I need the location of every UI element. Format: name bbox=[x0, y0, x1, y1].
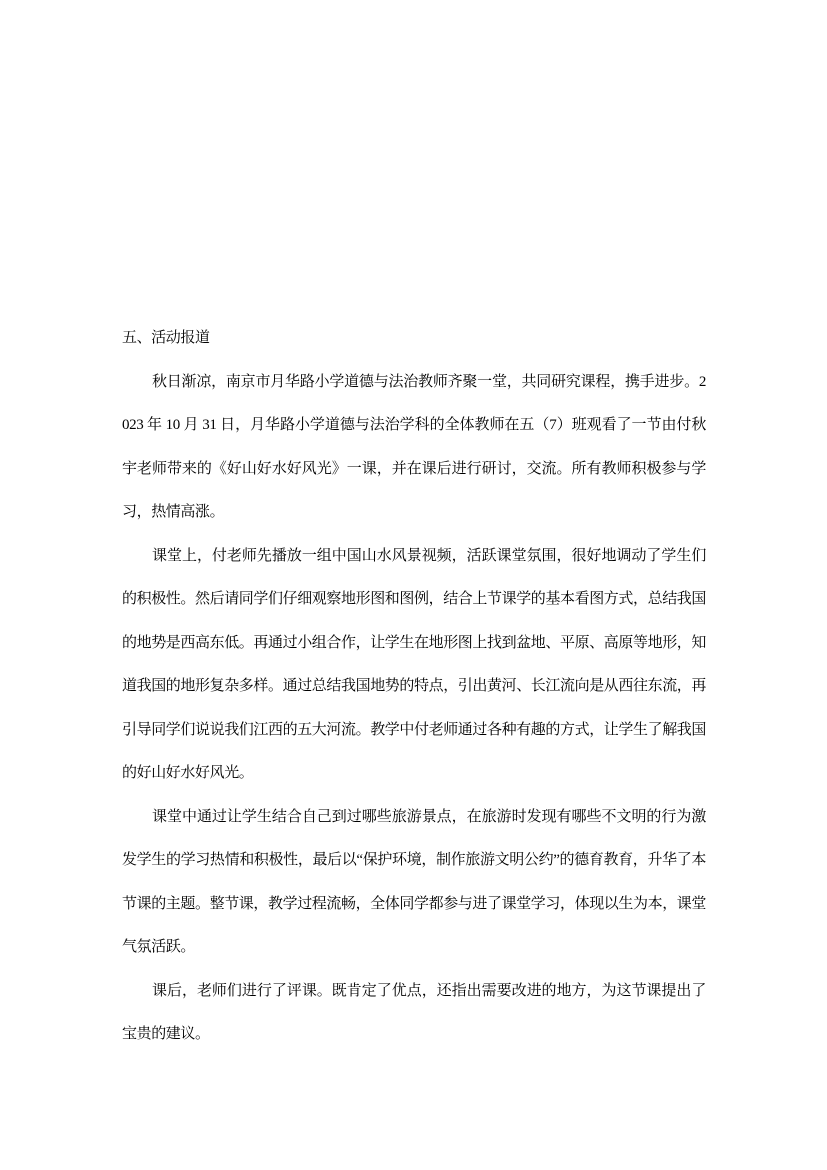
paragraph-classroom-activity: 课堂中通过让学生结合自己到过哪些旅游景点，在旅游时发现有哪些不文明的行为激发学生… bbox=[122, 796, 706, 970]
section-heading: 五、活动报道 bbox=[122, 317, 706, 361]
paragraph-lesson-description: 课堂上，付老师先播放一组中国山水风景视频，活跃课堂氛围，很好地调动了学生们的积极… bbox=[122, 535, 706, 796]
document-body: 五、活动报道 秋日渐凉，南京市月华路小学道德与法治教师齐聚一堂，共同研究课程，携… bbox=[122, 317, 706, 1057]
paragraph-evaluation: 课后，老师们进行了评课。既肯定了优点，还指出需要改进的地方，为这节课提出了宝贵的… bbox=[122, 970, 706, 1057]
document-page: 五、活动报道 秋日渐凉，南京市月华路小学道德与法治教师齐聚一堂，共同研究课程，携… bbox=[0, 0, 827, 1170]
paragraph-intro: 秋日渐凉，南京市月华路小学道德与法治教师齐聚一堂，共同研究课程，携手进步。202… bbox=[122, 361, 706, 535]
